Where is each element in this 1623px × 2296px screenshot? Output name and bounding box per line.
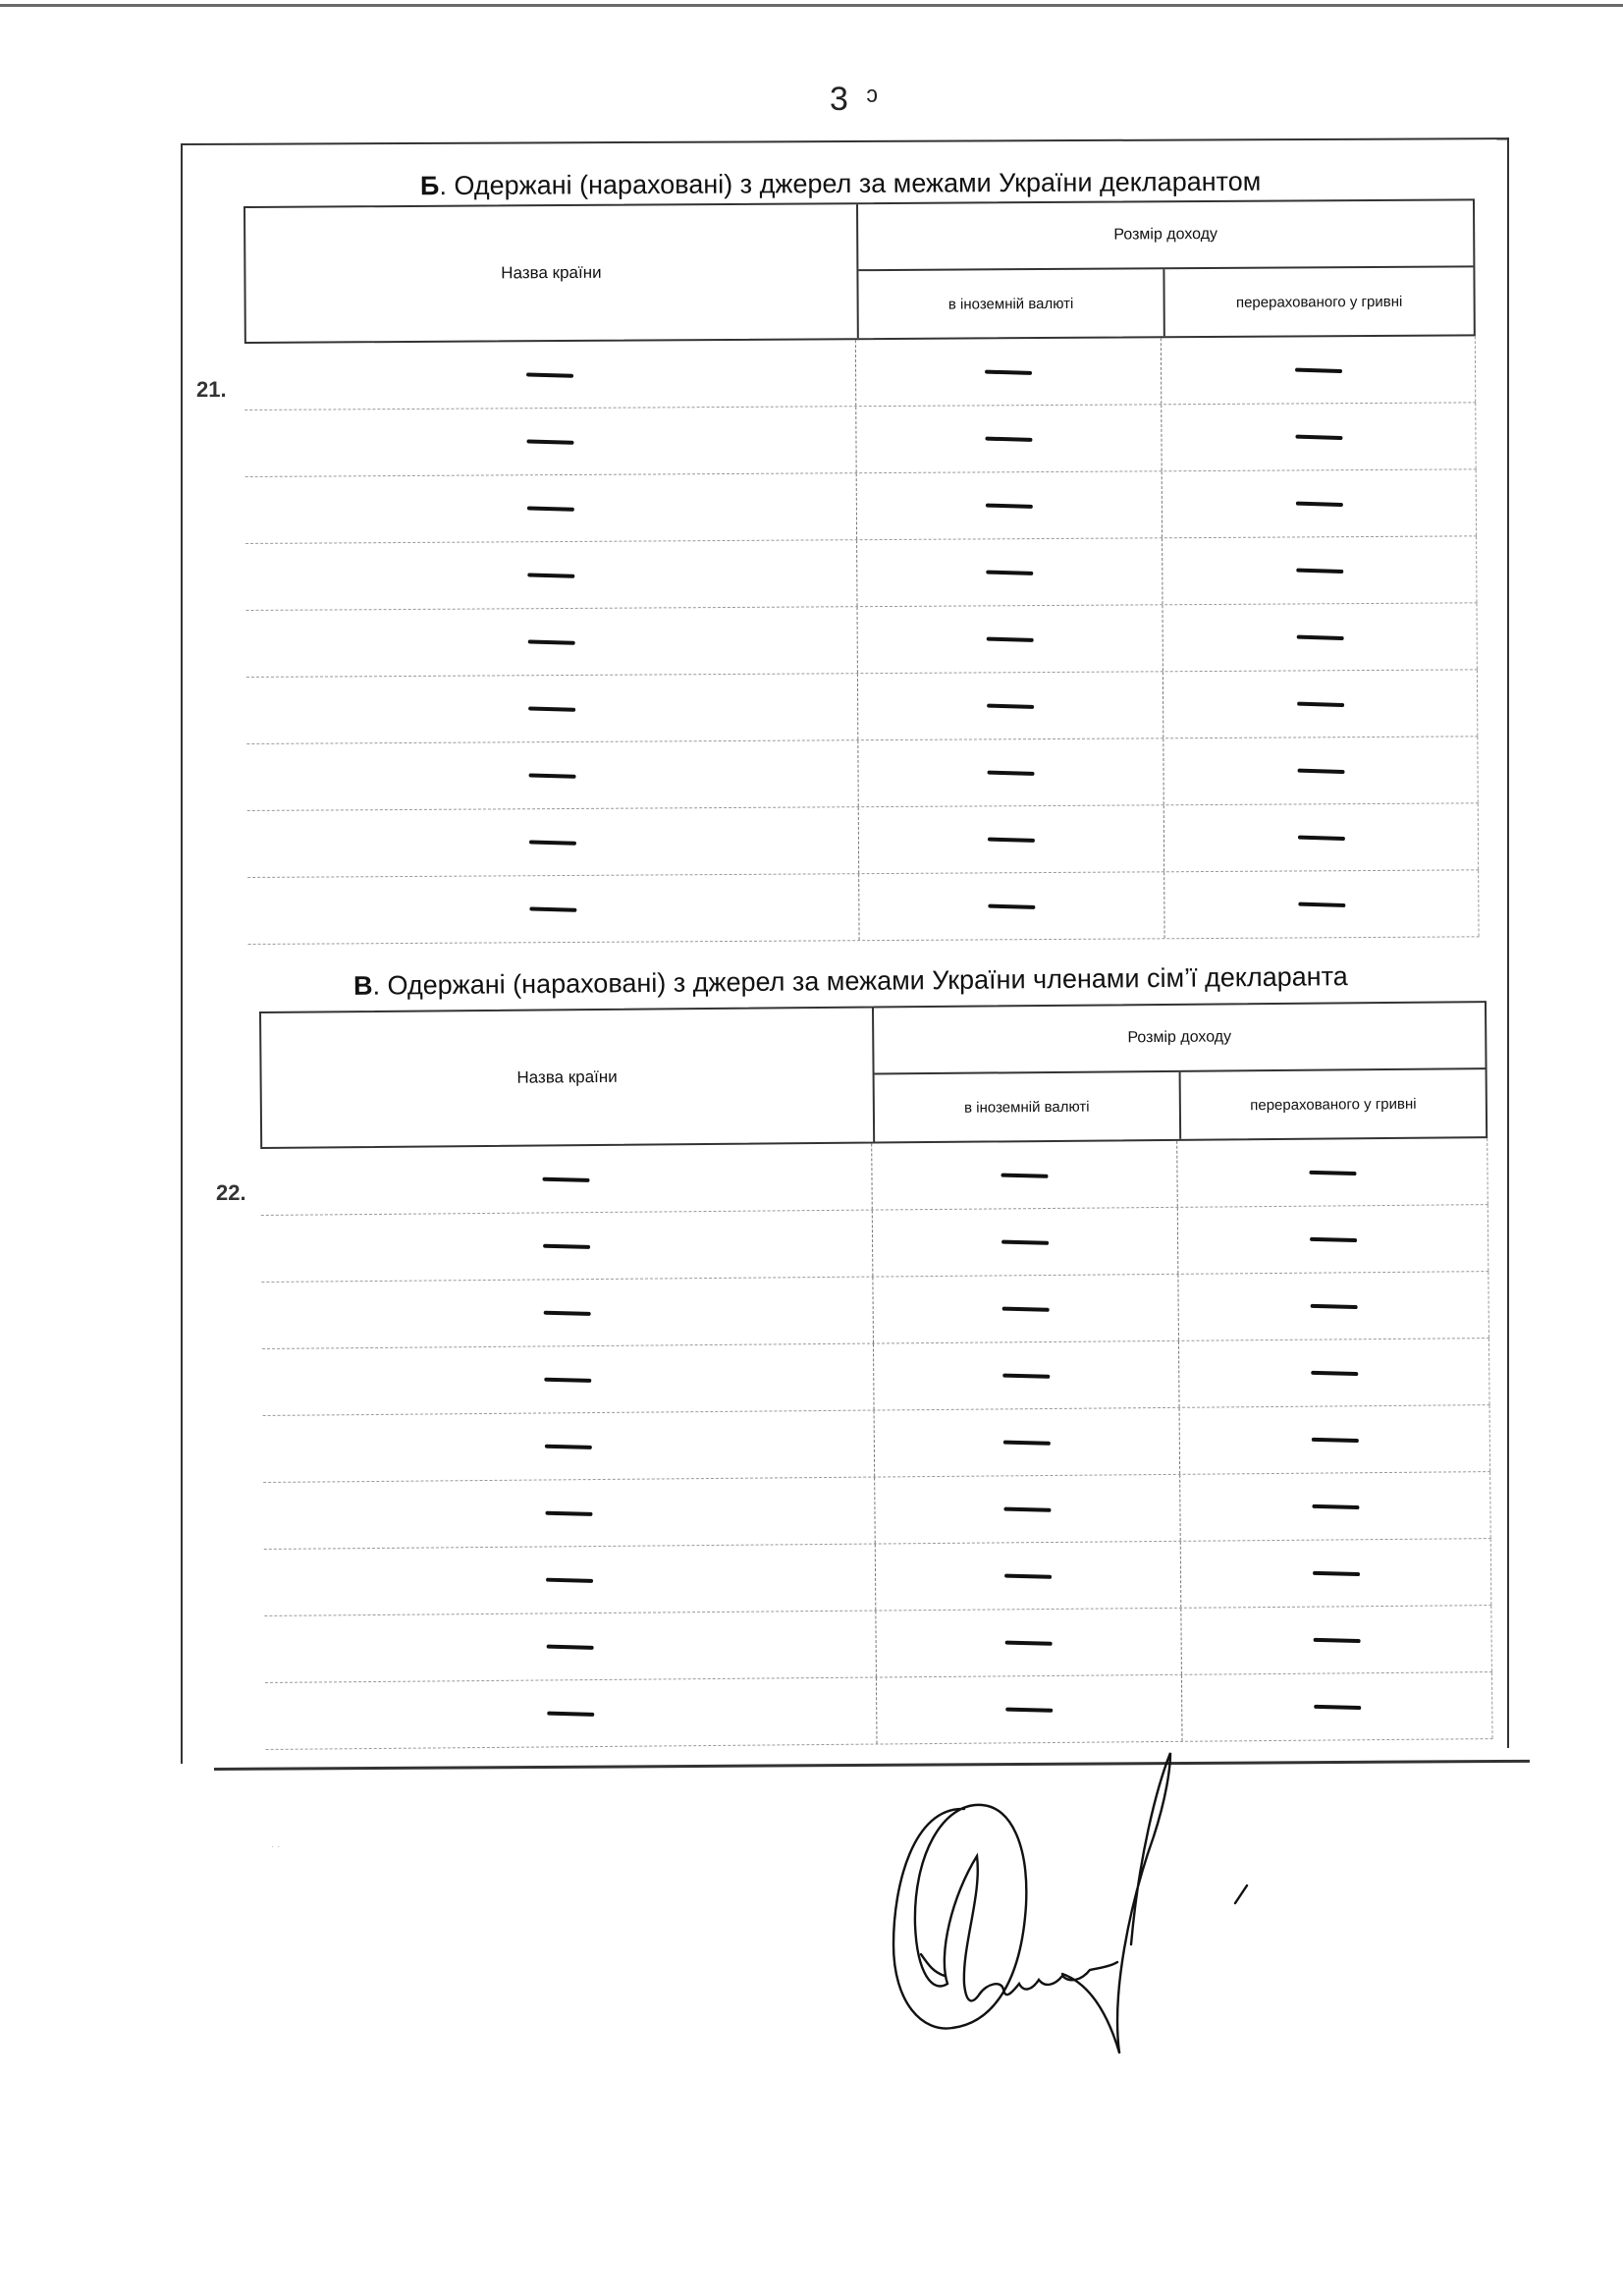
handwritten-dash	[545, 1510, 592, 1515]
table-row	[247, 870, 1479, 945]
handwritten-dash	[1005, 1707, 1053, 1712]
page-number: 3ᵓ	[830, 81, 895, 119]
handwritten-dash	[1296, 634, 1343, 639]
frame-left-border	[181, 143, 183, 1764]
cell-converted-uah	[1162, 536, 1477, 604]
cell-foreign-currency	[876, 1675, 1182, 1744]
handwritten-dash	[1002, 1306, 1050, 1311]
table-row	[261, 1272, 1489, 1349]
cell-converted-uah	[1163, 670, 1478, 738]
header-country: Назва країни	[245, 204, 859, 342]
cell-converted-uah	[1179, 1405, 1491, 1474]
table-row	[263, 1405, 1491, 1483]
cell-country	[245, 540, 856, 610]
handwritten-dash	[1004, 1573, 1052, 1578]
handwritten-dash	[1003, 1440, 1051, 1445]
handwritten-dash	[1297, 701, 1344, 706]
handwritten-dash	[1310, 1236, 1357, 1241]
cell-converted-uah	[1161, 336, 1476, 404]
cell-foreign-currency	[875, 1609, 1181, 1677]
cell-country	[264, 1612, 876, 1682]
cell-foreign-currency	[856, 538, 1162, 606]
handwritten-dash	[1310, 1303, 1357, 1308]
cell-foreign-currency	[857, 672, 1163, 739]
cell-converted-uah	[1181, 1672, 1493, 1741]
table-row	[265, 1672, 1493, 1750]
table-row	[261, 1205, 1489, 1283]
handwritten-dash	[1297, 835, 1344, 840]
cell-foreign-currency	[857, 738, 1163, 806]
section-b-table-body	[244, 336, 1480, 945]
header-foreign-currency: в іноземній валюті	[875, 1072, 1182, 1142]
handwritten-dash	[546, 1577, 593, 1582]
table-row	[262, 1339, 1490, 1416]
cell-foreign-currency	[858, 872, 1163, 940]
header-income-group: Розмір доходу в іноземній валюті перерах…	[858, 200, 1474, 338]
table-row	[247, 803, 1479, 878]
cell-country	[244, 407, 855, 476]
cell-foreign-currency	[871, 1141, 1177, 1210]
handwritten-dash	[1296, 568, 1343, 573]
handwritten-dash	[1309, 1170, 1356, 1175]
handwritten-dash	[529, 840, 576, 845]
cell-country	[264, 1545, 876, 1615]
signature-image	[854, 1748, 1267, 2062]
cell-foreign-currency	[855, 405, 1161, 472]
cell-converted-uah	[1177, 1205, 1489, 1274]
cell-converted-uah	[1163, 737, 1478, 804]
cell-foreign-currency	[856, 471, 1162, 539]
section-b-letter: Б	[420, 171, 440, 200]
handwritten-dash	[545, 1444, 592, 1449]
cell-foreign-currency	[874, 1475, 1180, 1544]
header-income-subcolumns: в іноземній валюті перерахованого у грив…	[858, 267, 1473, 338]
table-row	[245, 469, 1477, 544]
handwritten-dash	[1001, 1173, 1048, 1177]
handwritten-dash	[1001, 1239, 1049, 1244]
cell-country	[265, 1678, 877, 1749]
cell-country	[247, 807, 858, 877]
handwritten-dash	[987, 770, 1034, 775]
handwritten-dash	[988, 837, 1035, 842]
page-number-value: 3	[830, 81, 866, 118]
section-b-table: Назва країни Розмір доходу в іноземній в…	[243, 198, 1480, 945]
handwritten-dash	[542, 1176, 589, 1181]
cell-country	[260, 1144, 872, 1215]
page-top-border	[0, 4, 1623, 7]
cell-converted-uah	[1176, 1138, 1488, 1207]
cell-country	[261, 1211, 873, 1282]
table-row	[263, 1472, 1491, 1550]
handwritten-dash	[1311, 1437, 1358, 1442]
handwritten-dash	[544, 1310, 591, 1315]
section-v-table: Назва країни Розмір доходу в іноземній в…	[259, 1001, 1493, 1750]
header-converted-uah: перерахованого у гривні	[1181, 1069, 1487, 1139]
handwritten-dash	[987, 703, 1034, 708]
handwritten-dash	[985, 369, 1032, 374]
cell-foreign-currency	[873, 1341, 1179, 1410]
cell-foreign-currency	[872, 1208, 1178, 1277]
cell-country	[244, 340, 855, 410]
handwritten-dash	[547, 1711, 594, 1716]
handwritten-dash	[1295, 501, 1342, 506]
handwritten-dash	[1294, 367, 1341, 372]
header-income-subcolumns: в іноземній валюті перерахованого у грив…	[875, 1069, 1487, 1141]
cell-country	[246, 607, 857, 677]
handwritten-dash	[985, 436, 1032, 441]
table-row	[244, 403, 1476, 477]
handwritten-dash	[1314, 1704, 1361, 1709]
cell-country	[246, 674, 857, 743]
handwritten-dash	[529, 906, 576, 911]
header-foreign-currency: в іноземній валюті	[858, 269, 1164, 338]
section-b-title-text: . Одержані (нараховані) з джерел за межа…	[439, 167, 1261, 200]
header-income-size: Розмір доходу	[858, 200, 1473, 271]
cell-converted-uah	[1179, 1472, 1491, 1541]
handwritten-dash	[1312, 1503, 1359, 1508]
cell-foreign-currency	[872, 1275, 1178, 1343]
header-converted-uah: перерахованого у гривні	[1164, 267, 1473, 336]
handwritten-dash	[544, 1377, 591, 1382]
scan-artifact: · ·	[271, 1841, 280, 1852]
handwritten-dash	[988, 903, 1035, 908]
section-v-letter: В	[353, 971, 373, 1001]
handwritten-dash	[987, 636, 1034, 641]
row-number-21: 21.	[196, 377, 227, 403]
handwritten-dash	[986, 503, 1033, 508]
cell-country	[247, 874, 858, 944]
handwritten-dash	[1295, 434, 1342, 439]
handwritten-dash	[1005, 1640, 1053, 1645]
table-row	[244, 336, 1476, 410]
frame-top-border	[181, 137, 1508, 145]
cell-foreign-currency	[858, 805, 1163, 873]
cell-converted-uah	[1161, 403, 1476, 470]
cell-country	[263, 1411, 875, 1482]
cell-converted-uah	[1180, 1539, 1492, 1608]
handwritten-dash	[527, 573, 574, 577]
handwritten-dash	[1313, 1637, 1360, 1642]
cell-country	[262, 1344, 874, 1415]
table-row	[264, 1606, 1492, 1683]
cell-country	[245, 473, 856, 543]
handwritten-dash	[526, 439, 573, 444]
row-number-22: 22.	[216, 1180, 246, 1206]
cell-foreign-currency	[874, 1408, 1180, 1477]
section-v-table-header: Назва країни Розмір доходу в іноземній в…	[259, 1001, 1488, 1149]
cell-country	[246, 740, 857, 810]
header-country: Назва країни	[261, 1009, 875, 1147]
handwritten-dash	[526, 372, 573, 377]
cell-foreign-currency	[855, 338, 1161, 406]
page-number-mark: ᵓ	[866, 81, 895, 118]
section-b-title: Б. Одержані (нараховані) з джерел за меж…	[420, 167, 1261, 201]
section-v-table-body	[260, 1138, 1492, 1750]
cell-converted-uah	[1163, 870, 1479, 938]
cell-converted-uah	[1162, 603, 1477, 671]
handwritten-dash	[527, 506, 574, 511]
handwritten-dash	[1312, 1570, 1359, 1575]
cell-country	[261, 1278, 873, 1348]
handwritten-dash	[528, 773, 575, 778]
handwritten-dash	[543, 1243, 590, 1248]
cell-foreign-currency	[857, 605, 1163, 673]
handwritten-dash	[1003, 1506, 1051, 1511]
handwritten-dash	[1298, 902, 1345, 906]
cell-converted-uah	[1178, 1339, 1490, 1407]
handwritten-dash	[1297, 768, 1344, 773]
frame-right-border	[1507, 137, 1509, 1748]
header-income-size: Розмір доходу	[874, 1003, 1486, 1074]
handwritten-dash	[528, 706, 575, 711]
header-income-group: Розмір доходу в іноземній валюті перерах…	[874, 1003, 1486, 1141]
section-v-title-text: . Одержані (нараховані) з джерел за межа…	[372, 961, 1347, 1001]
table-row	[264, 1539, 1492, 1616]
cell-foreign-currency	[875, 1542, 1181, 1611]
table-row	[246, 670, 1478, 744]
table-row	[246, 737, 1478, 811]
table-row	[260, 1138, 1488, 1216]
handwritten-dash	[986, 570, 1033, 574]
cell-converted-uah	[1180, 1606, 1492, 1674]
cell-converted-uah	[1162, 469, 1477, 537]
handwritten-dash	[1311, 1370, 1358, 1375]
handwritten-dash	[528, 639, 575, 644]
table-row	[245, 536, 1477, 611]
handwritten-dash	[547, 1644, 594, 1649]
cell-converted-uah	[1163, 803, 1479, 871]
cell-converted-uah	[1177, 1272, 1489, 1340]
section-v-title: В. Одержані (нараховані) з джерел за меж…	[353, 961, 1348, 1002]
cell-country	[263, 1478, 875, 1549]
section-b-table-header: Назва країни Розмір доходу в іноземній в…	[243, 198, 1476, 344]
table-row	[246, 603, 1478, 678]
handwritten-dash	[1002, 1373, 1050, 1378]
